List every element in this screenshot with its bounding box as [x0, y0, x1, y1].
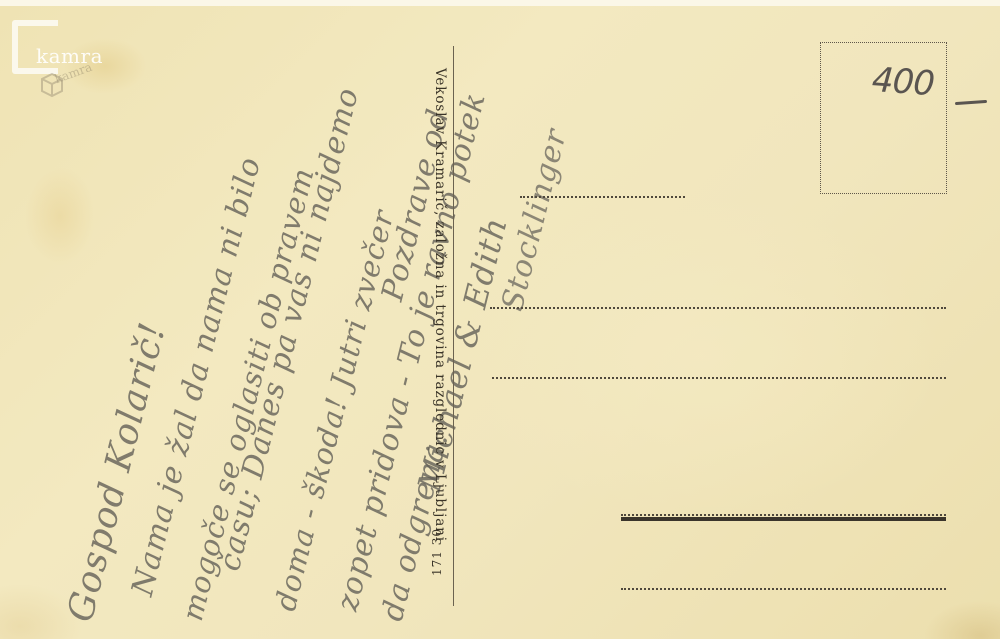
address-line-3 — [492, 377, 946, 379]
price-dash — [955, 100, 987, 105]
address-line-4 — [621, 514, 946, 516]
address-line-1 — [520, 196, 685, 198]
vertical-divider — [453, 46, 454, 606]
address-underline-bar — [621, 517, 946, 521]
address-line-2 — [490, 307, 946, 309]
publisher-text: Vekoslav Kramarič, založna in trgovina r… — [432, 68, 448, 542]
kamra-watermark: kamra kamra — [12, 20, 122, 100]
series-number-text: 171 30 — [430, 528, 444, 576]
series-number: 171 30 — [430, 538, 450, 578]
address-line-5 — [621, 588, 946, 590]
watermark-cube-icon — [40, 72, 64, 98]
watermark-label: kamra — [36, 44, 103, 68]
publisher-imprint: Vekoslav Kramarič, založna in trgovina r… — [428, 68, 448, 573]
price-note: 400 — [871, 60, 936, 104]
postcard: kamra kamra Gospod Kolarič! Nama je žal … — [0, 6, 1000, 639]
